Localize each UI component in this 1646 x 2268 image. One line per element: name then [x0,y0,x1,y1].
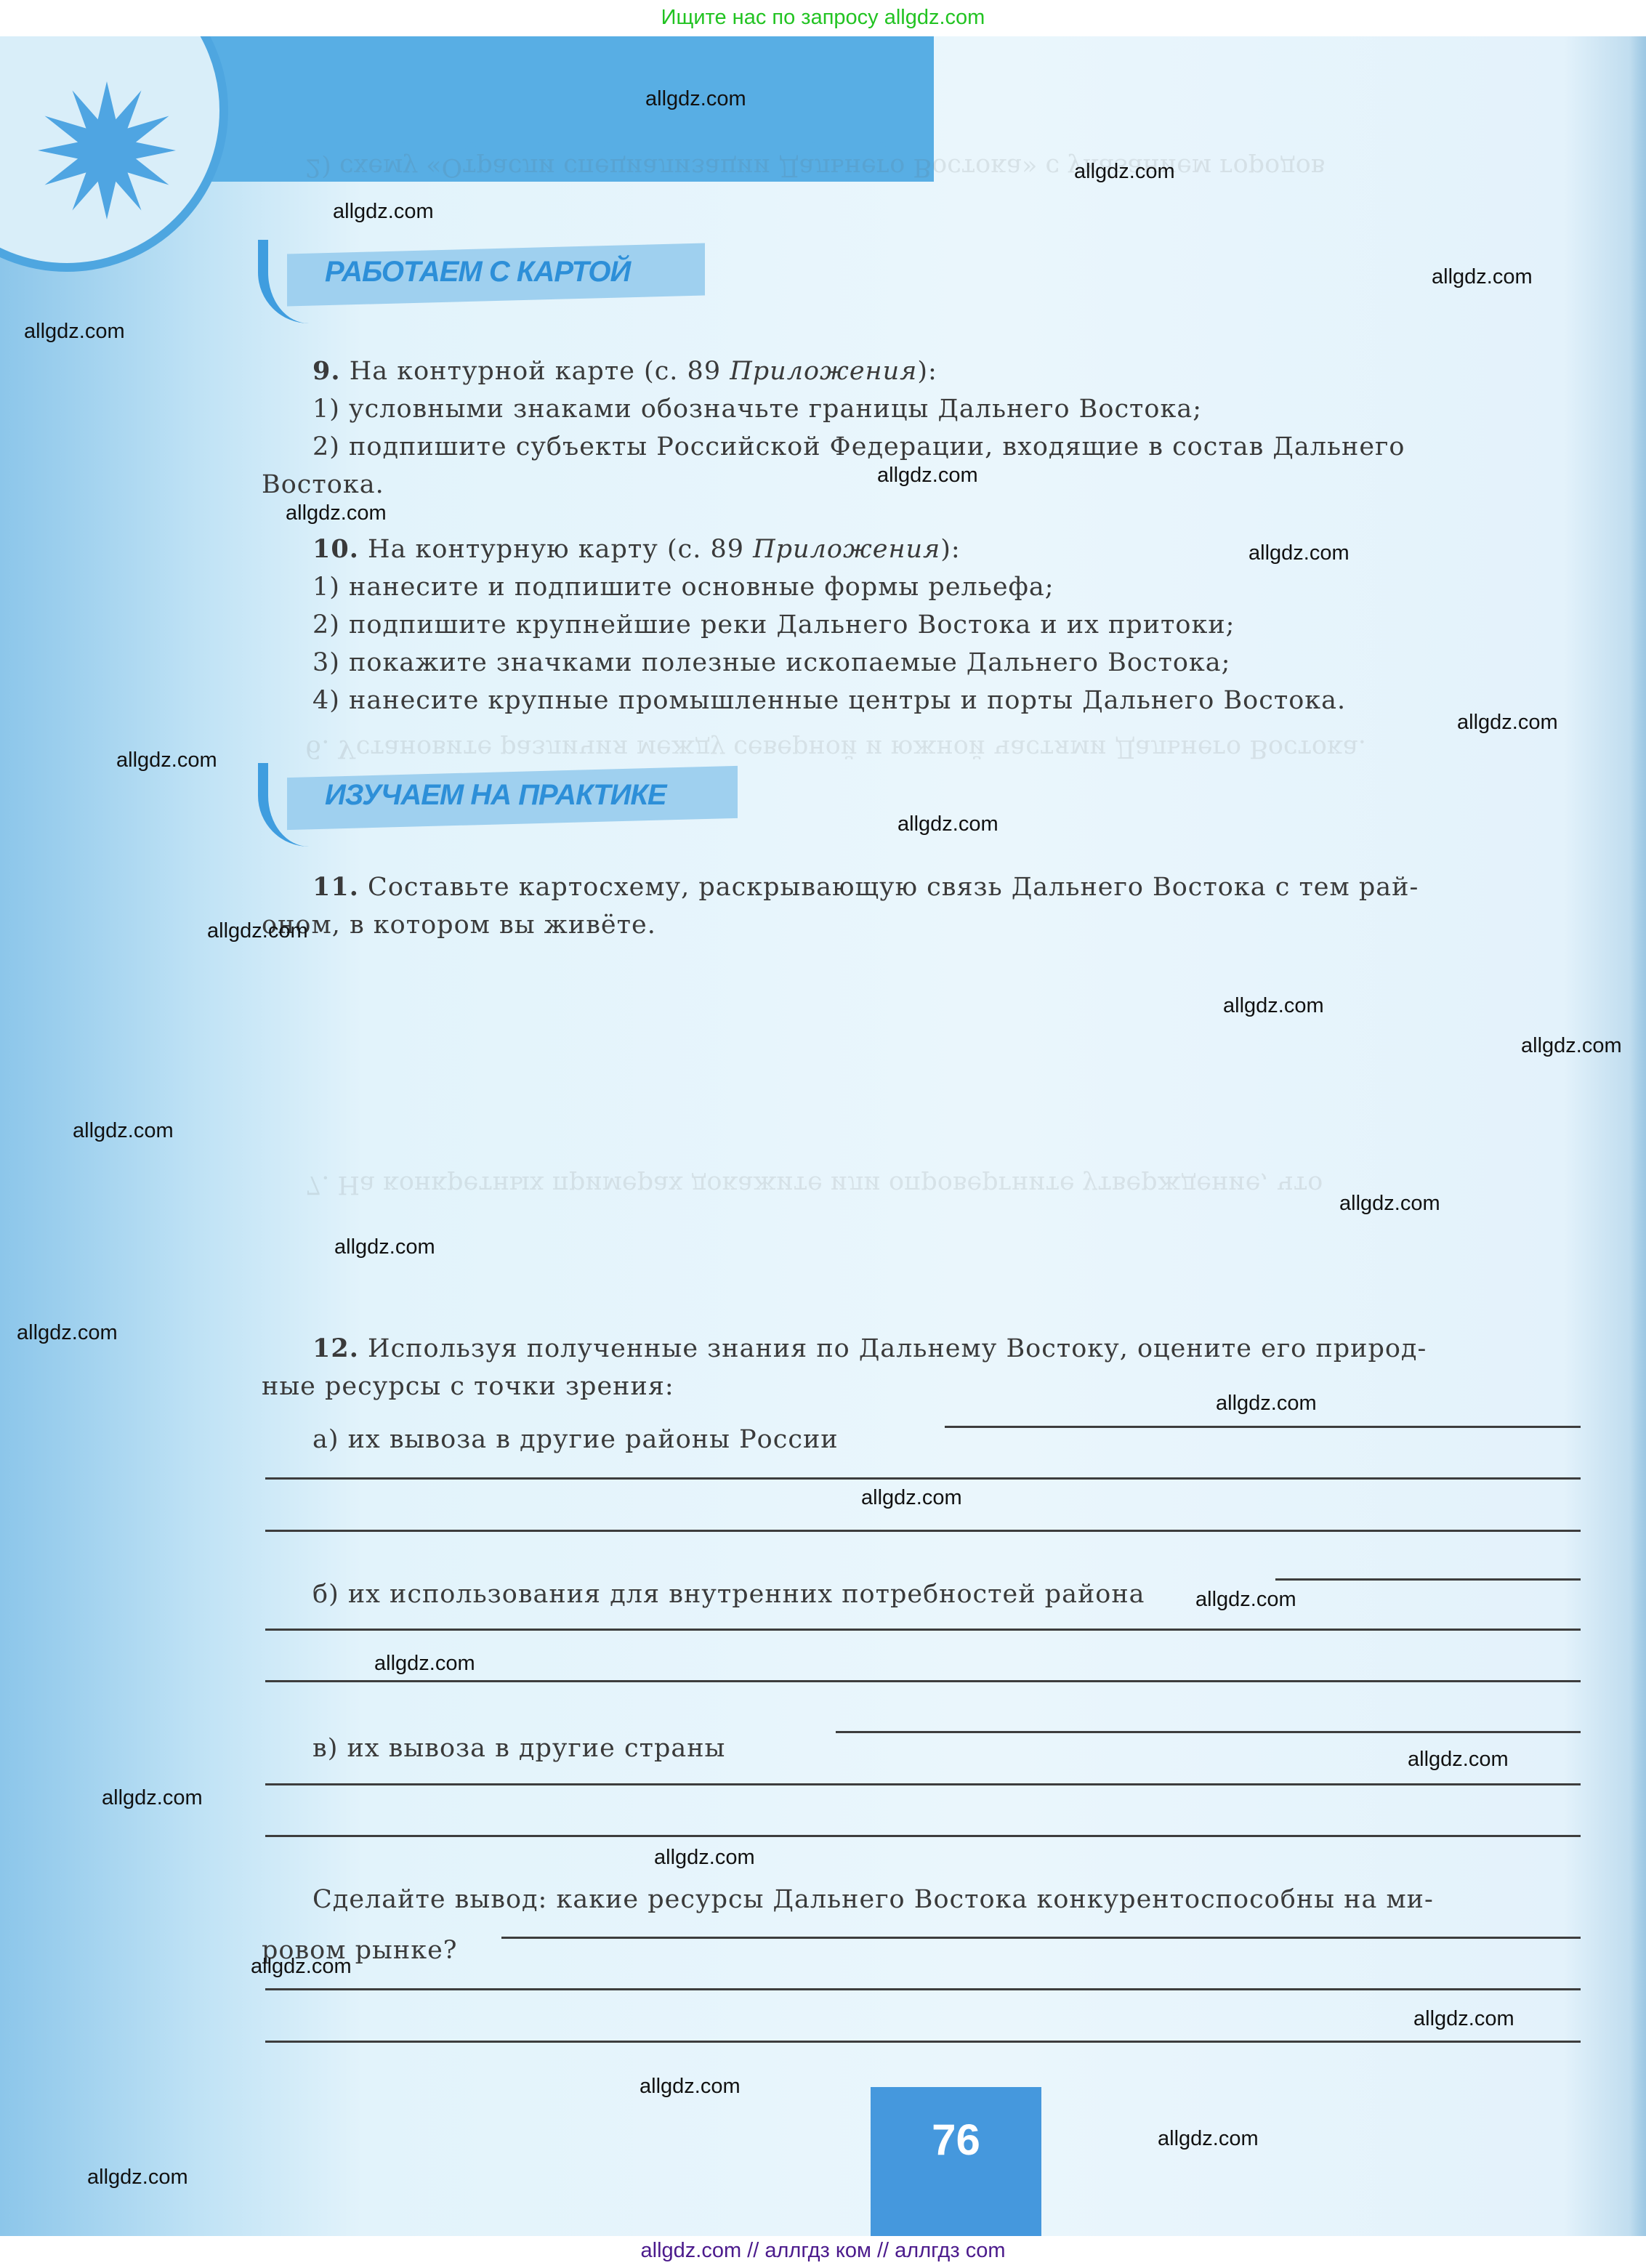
watermark: allgdz.com [102,1786,203,1810]
section-title: ИЗУЧАЕМ НА ПРАКТИКЕ [325,779,666,812]
watermark: allgdz.com [1408,1748,1509,1772]
watermark: allgdz.com [1223,994,1324,1018]
task-12-b-label: б) их использования для внутренних потре… [262,1575,1581,1613]
answer-line-c-3[interactable] [265,1835,1581,1837]
watermark: allgdz.com [1413,2007,1514,2031]
answer-line-b-1[interactable] [1275,1578,1581,1581]
task-11: 11. Составьте картосхему, раскрывающую с… [262,868,1581,944]
watermark: allgdz.com [1158,2127,1259,2151]
watermark: allgdz.com [1248,541,1350,565]
task-10: 10. На контурную карту (с. 89 Приложения… [262,530,1581,719]
ribbon-curve [258,763,312,847]
task-10-item-3: 3) покажите значками полезные ископаемые… [262,644,1581,682]
task-11-line-2: оном, в котором вы живёте. [262,906,1581,944]
answer-line-a-3[interactable] [265,1530,1581,1532]
watermark: allgdz.com [207,919,308,943]
answer-line-conclusion-2[interactable] [265,1988,1581,1990]
watermark: allgdz.com [251,1955,352,1979]
show-through-text: 7. На конкретных примерах докажите или о… [305,1170,1323,1199]
watermark: allgdz.com [897,812,999,836]
watermark: allgdz.com [654,1846,755,1870]
task-9-item-2: 2) подпишите субъекты Российской Федерац… [262,428,1581,466]
ribbon-curve [258,240,312,323]
workbook-page: 2) схему «Отрасли специализации Дальнего… [0,36,1646,2236]
watermark: allgdz.com [877,464,978,488]
show-through-text: 6. Установите различия между северной и … [305,734,1366,763]
watermark: allgdz.com [1339,1192,1440,1216]
answer-line-a-1[interactable] [945,1426,1581,1428]
watermark: allgdz.com [1457,711,1558,735]
task-12-line-2: ные ресурсы с точки зрения: [262,1368,1581,1405]
section-heading-practice: ИЗУЧАЕМ НА ПРАКТИКЕ [258,763,738,828]
watermark: allgdz.com [1432,265,1533,289]
task-9-item-1: 1) условными знаками обозначьте границы … [262,390,1581,428]
conclusion-line-1: Сделайте вывод: какие ресурсы Дальнего В… [262,1881,1581,1918]
watermark: allgdz.com [73,1119,174,1143]
watermark: allgdz.com [87,2166,188,2190]
section-heading-map-work: РАБОТАЕМ С КАРТОЙ [258,240,705,305]
watermark: allgdz.com [334,1235,435,1259]
answer-line-conclusion-3[interactable] [265,2041,1581,2043]
watermark: allgdz.com [24,320,125,344]
task-12-conclusion: Сделайте вывод: какие ресурсы Дальнего В… [262,1881,1581,1969]
watermark: allgdz.com [17,1321,118,1345]
watermark: allgdz.com [861,1486,962,1510]
answer-line-b-2[interactable] [265,1629,1581,1631]
bottom-banner: allgdz.com // аллгдз ком // аллгдз com [0,2236,1646,2268]
answer-line-b-3[interactable] [265,1680,1581,1682]
watermark: allgdz.com [640,2075,741,2099]
watermark: allgdz.com [333,200,434,224]
page-number: 76 [871,2115,1041,2165]
watermark: allgdz.com [374,1652,475,1676]
task-12-c-label: в) их вывоза в другие страны [262,1730,1581,1767]
watermark: allgdz.com [1521,1034,1622,1058]
star-icon [38,81,176,219]
task-10-item-1: 1) нанесите и подпишите основные формы р… [262,568,1581,606]
watermark: allgdz.com [1195,1588,1296,1612]
watermark: allgdz.com [645,87,746,111]
page-number-box: 76 [871,2087,1041,2236]
watermark: allgdz.com [286,501,387,525]
task-12: 12. Используя полученные знания по Дальн… [262,1330,1581,1405]
emblem-circle [0,36,228,272]
task-10-intro: 10. На контурную карту (с. 89 Приложения… [262,530,1581,568]
watermark: allgdz.com [1074,160,1175,184]
task-11-line-1: 11. Составьте картосхему, раскрывающую с… [262,868,1581,906]
answer-line-c-1[interactable] [836,1731,1581,1733]
answer-line-c-2[interactable] [265,1783,1581,1785]
task-12-line-1: 12. Используя полученные знания по Дальн… [262,1330,1581,1368]
answer-line-conclusion-1[interactable] [501,1937,1581,1939]
task-9-intro: 9. На контурной карте (с. 89 Приложения)… [262,352,1581,390]
watermark: allgdz.com [1216,1392,1317,1416]
task-10-item-4: 4) нанесите крупные промышленные центры … [262,682,1581,719]
watermark: allgdz.com [116,748,217,772]
top-banner: Ищите нас по запросу allgdz.com [0,0,1646,36]
answer-line-a-2[interactable] [265,1477,1581,1480]
section-title: РАБОТАЕМ С КАРТОЙ [325,256,630,288]
task-10-item-2: 2) подпишите крупнейшие реки Дальнего Во… [262,606,1581,644]
